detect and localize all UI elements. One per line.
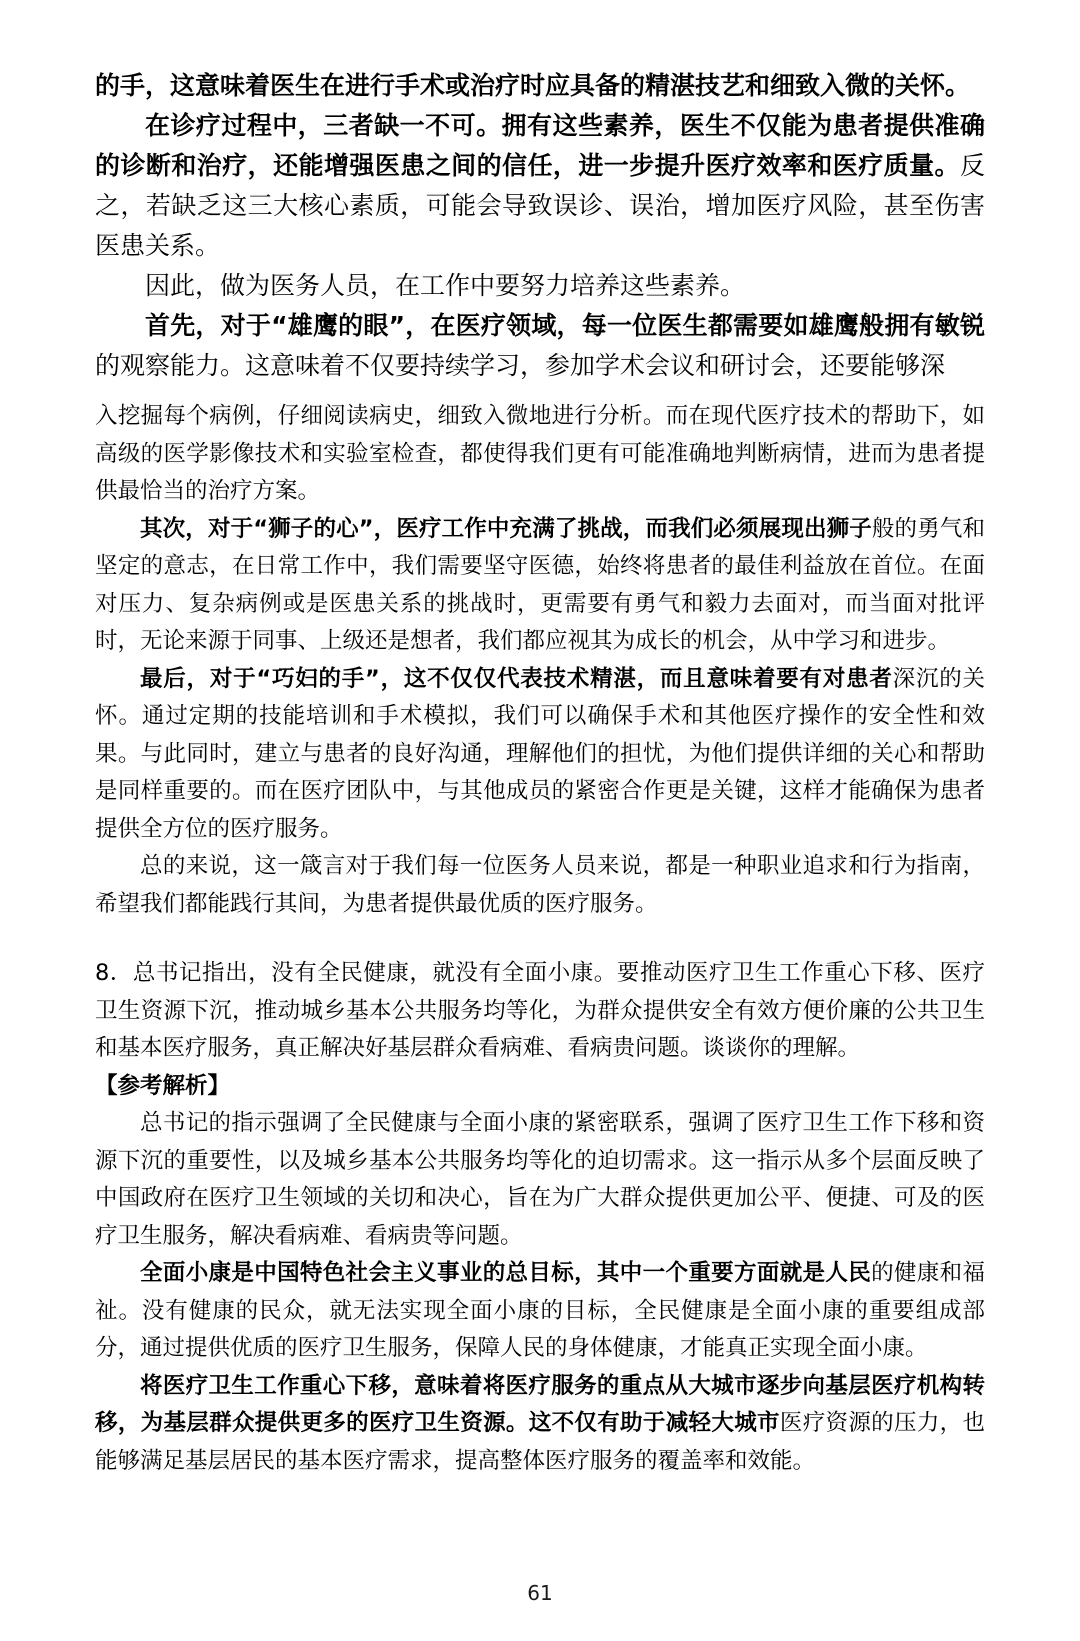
text-run: 首先，对于“雄鹰的眼”，在医疗领域，每一位医生都需要如雄鹰般拥有敏锐	[145, 311, 985, 340]
answer-heading: 【参考解析】	[95, 1068, 985, 1106]
text-run: 8．总书记指出，没有全民健康，就没有全面小康。要推动医疗卫生工作重心下移、医疗卫…	[95, 960, 985, 1061]
text-run: 总书记的指示强调了全民健康与全面小康的紧密联系，强调了医疗卫生工作下移和资源下沉…	[95, 1110, 985, 1249]
document-section-small: 入挖掘每个病例，仔细阅读病史，细致入微地进行分析。而在现代医疗技术的帮助下，如高…	[95, 398, 985, 1480]
paragraph: 其次，对于“狮子的心”，医疗工作中充满了挑战，而我们必须展现出狮子般的勇气和坚定…	[95, 511, 985, 661]
paragraph: 在诊疗过程中，三者缺一不可。拥有这些素养，医生不仅能为患者提供准确的诊断和治疗，…	[95, 106, 985, 266]
paragraph-continuation: 的手，这意味着医生在进行手术或治疗时应具备的精湛技艺和细致入微的关怀。	[95, 66, 985, 106]
paragraph: 最后，对于“巧妇的手”，这不仅仅代表技术精湛，而且意味着要有对患者深沉的关怀。通…	[95, 661, 985, 849]
text-run: 最后，对于“巧妇的手”，这不仅仅代表技术精湛，而且意味着要有对患者	[140, 666, 893, 692]
page-number: 61	[527, 1581, 552, 1605]
paragraph: 总的来说，这一箴言对于我们每一位医务人员来说，都是一种职业追求和行为指南，希望我…	[95, 848, 985, 923]
text-run: 总的来说，这一箴言对于我们每一位医务人员来说，都是一种职业追求和行为指南，希望我…	[95, 853, 985, 917]
text-run: 因此，做为医务人员，在工作中要努力培养这些素养。	[145, 271, 745, 300]
paragraph-continuation: 入挖掘每个病例，仔细阅读病史，细致入微地进行分析。而在现代医疗技术的帮助下，如高…	[95, 398, 985, 511]
paragraph: 首先，对于“雄鹰的眼”，在医疗领域，每一位医生都需要如雄鹰般拥有敏锐的观察能力。…	[95, 306, 985, 386]
text-run: 在诊疗过程中，三者缺一不可。拥有这些素养，医生不仅能为患者提供准确的诊断和治疗，…	[95, 111, 985, 180]
text-run: 的观察能力。这意味着不仅要持续学习，参加学术会议和研讨会，还要能够深	[95, 351, 945, 380]
text-run: 其次，对于“狮子的心”，医疗工作中充满了挑战，而我们必须展现出狮子	[140, 516, 872, 542]
text-run: 【参考解析】	[95, 1073, 230, 1099]
text-run: 入挖掘每个病例，仔细阅读病史，细致入微地进行分析。而在现代医疗技术的帮助下，如高…	[95, 403, 985, 504]
text-run: 的手，这意味着医生在进行手术或治疗时应具备的精湛技艺和细致入微的关怀。	[95, 71, 970, 100]
document-page: 的手，这意味着医生在进行手术或治疗时应具备的精湛技艺和细致入微的关怀。 在诊疗过…	[0, 0, 1080, 1641]
paragraph: 将医疗卫生工作重心下移，意味着将医疗服务的重点从大城市逐步向基层医疗机构转移，为…	[95, 1368, 985, 1481]
paragraph: 因此，做为医务人员，在工作中要努力培养这些素养。	[95, 266, 985, 306]
page-footer: 61	[0, 1581, 1080, 1605]
question-paragraph: 8．总书记指出，没有全民健康，就没有全面小康。要推动医疗卫生工作重心下移、医疗卫…	[95, 955, 985, 1068]
text-run: 全面小康是中国特色社会主义事业的总目标，其中一个重要方面就是人民	[140, 1260, 871, 1286]
paragraph: 总书记的指示强调了全民健康与全面小康的紧密联系，强调了医疗卫生工作下移和资源下沉…	[95, 1105, 985, 1255]
document-section-large: 的手，这意味着医生在进行手术或治疗时应具备的精湛技艺和细致入微的关怀。 在诊疗过…	[95, 66, 985, 386]
paragraph: 全面小康是中国特色社会主义事业的总目标，其中一个重要方面就是人民的健康和福祉。没…	[95, 1255, 985, 1368]
